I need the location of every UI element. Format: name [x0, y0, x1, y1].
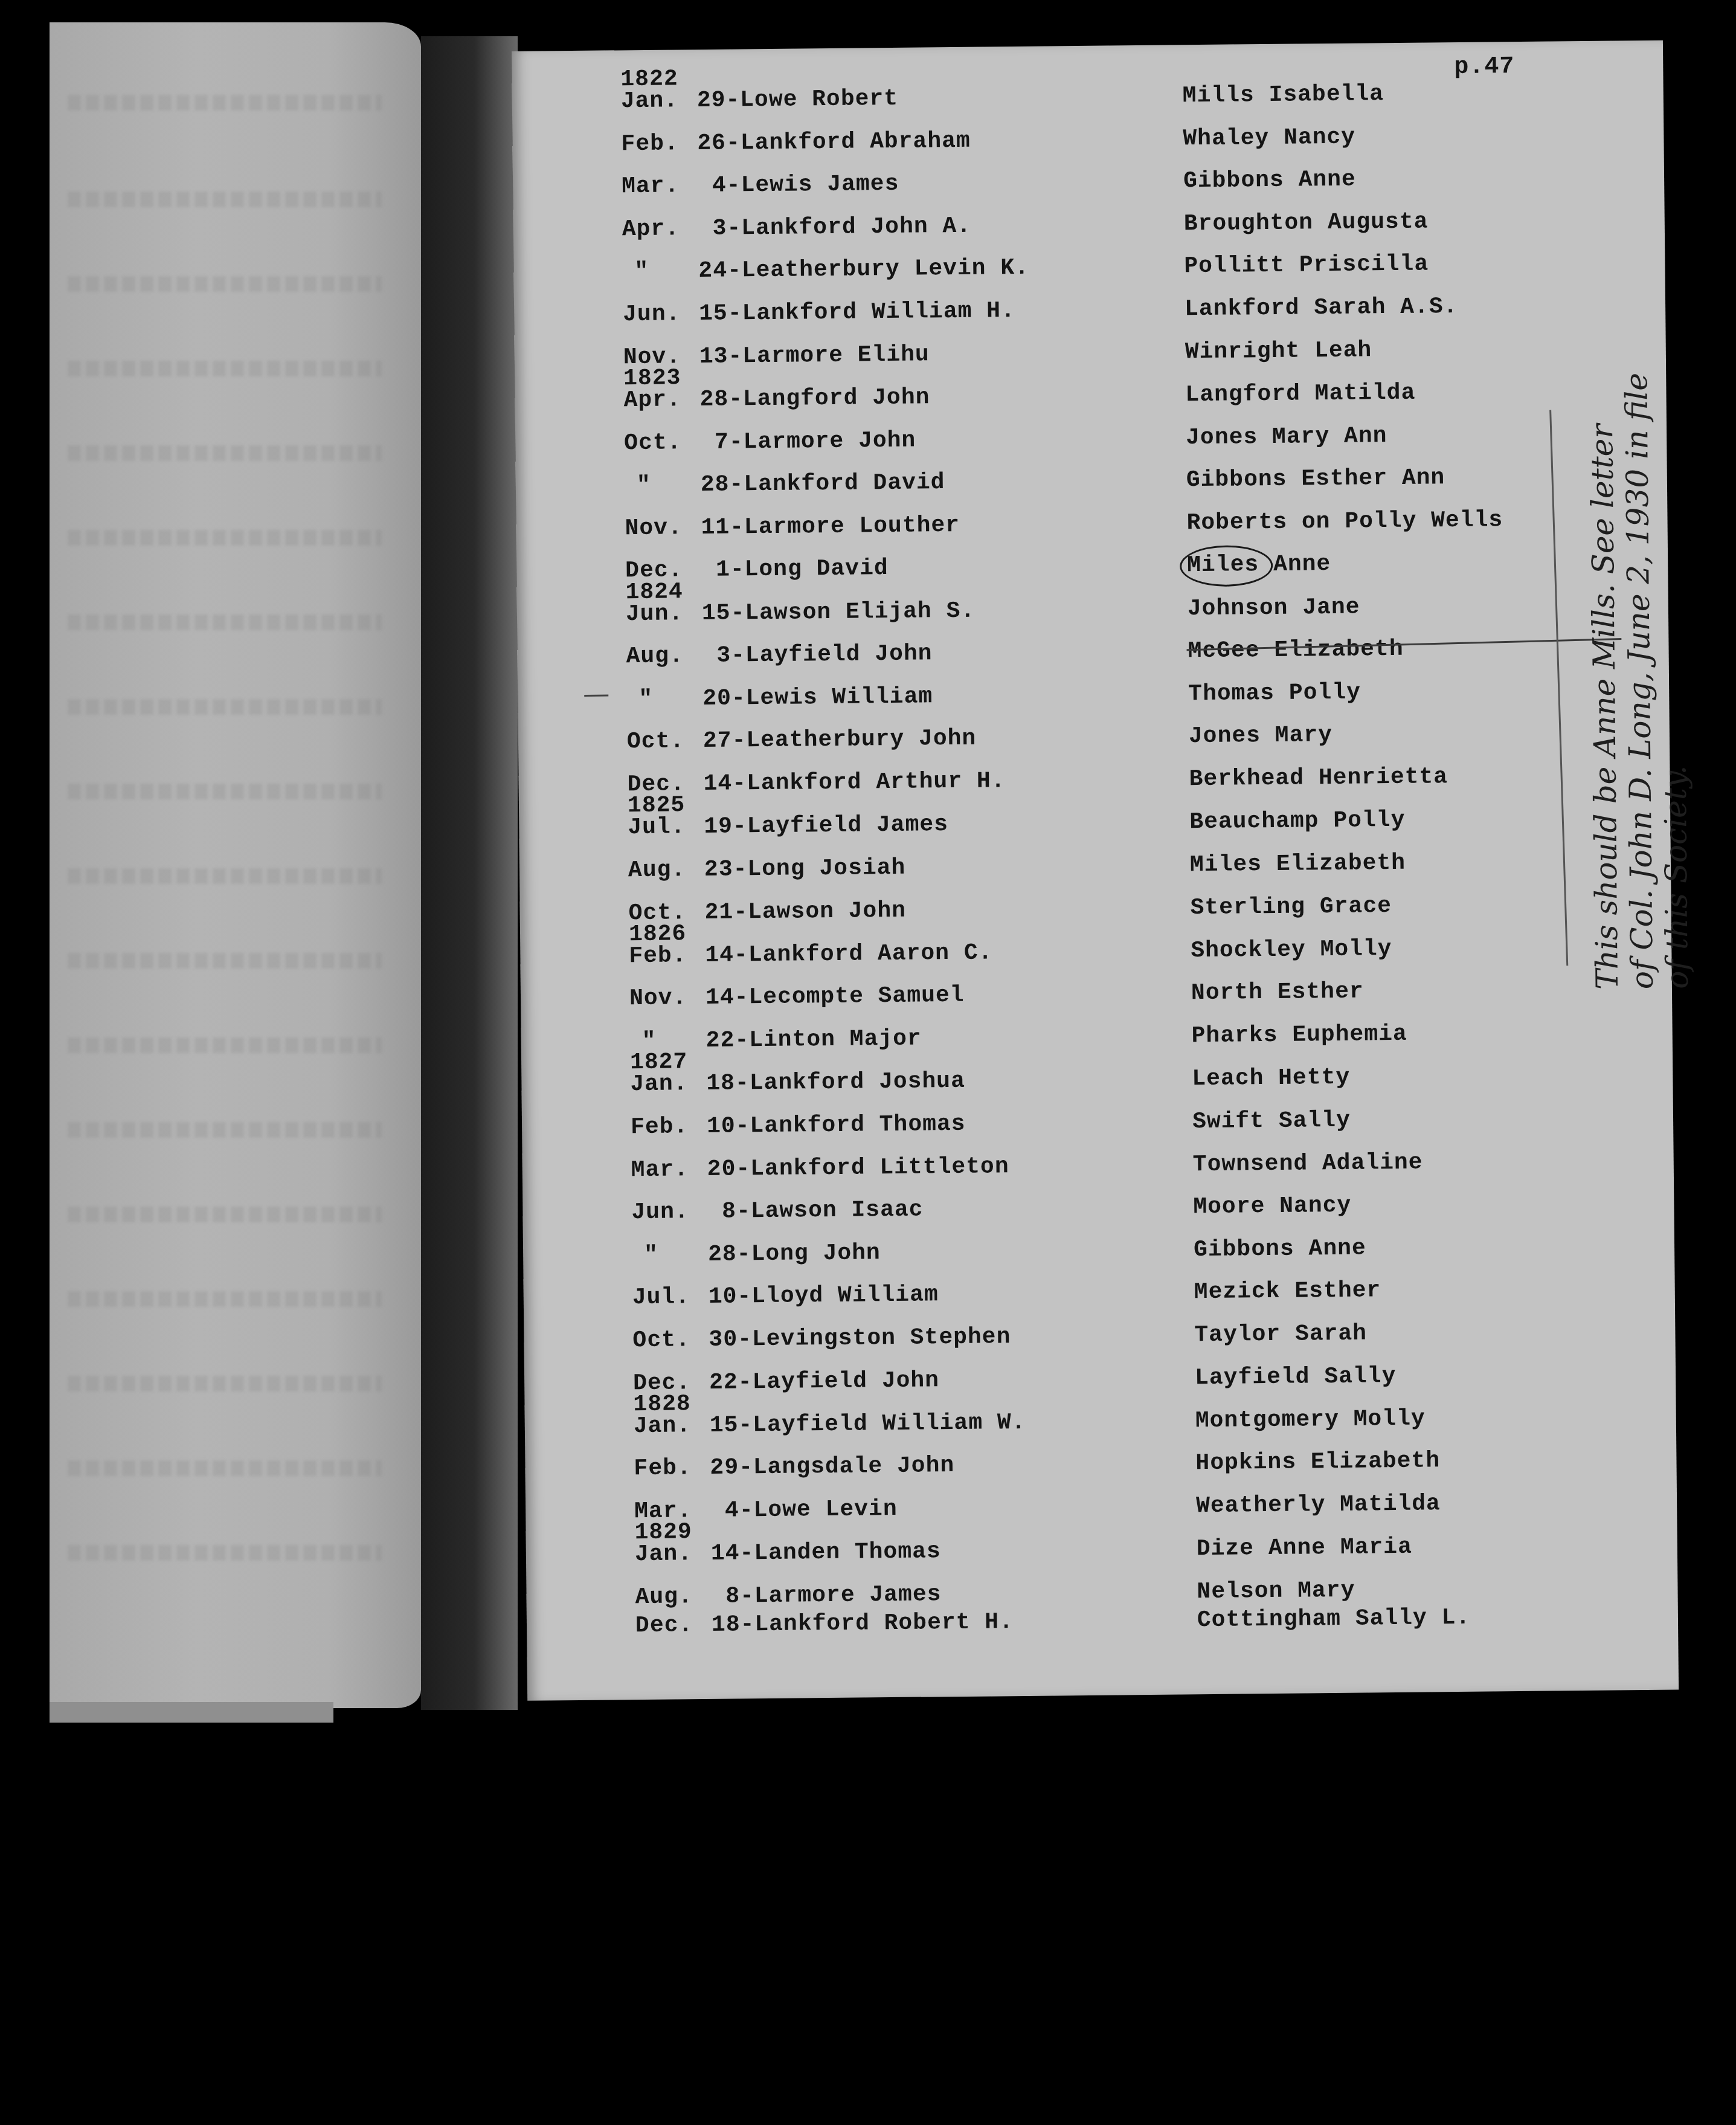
entry-day-and-groom: 18-Lankford Joshua: [706, 1070, 965, 1095]
register-entry: Mar. 4-Lowe LevinWeatherly Matilda: [526, 1491, 1677, 1528]
margin-tick: [584, 695, 608, 697]
entry-day-and-groom: 22-Layfield John: [709, 1369, 939, 1395]
entry-day-and-groom: 24-Leatherbury Levin K.: [698, 257, 1029, 283]
bleed-through-text: [68, 1122, 382, 1138]
bleed-through-text: [68, 1291, 382, 1307]
register-entry: Nov.13-Larmore ElihuWinright Leah: [515, 336, 1666, 373]
entry-month: Feb.: [629, 944, 687, 968]
entry-month: Feb.: [634, 1457, 692, 1481]
bleed-through-text: [68, 1545, 382, 1561]
entry-day-and-groom: 11-Larmore Louther: [701, 514, 960, 540]
entry-bride: Pharks Euphemia: [1192, 1023, 1407, 1048]
entry-bride: Gibbons Anne: [1183, 169, 1356, 193]
handwritten-note-line: of Col. John D. Long, June 2, 1930 in fi…: [1619, 373, 1660, 990]
entry-bride: Broughton Augusta: [1184, 210, 1429, 236]
bleed-through-text: [68, 614, 382, 630]
entry-day-and-groom: 8-Larmore James: [711, 1583, 941, 1608]
entry-month: Jan.: [635, 1543, 693, 1567]
entry-bride: Dize Anne Maria: [1197, 1536, 1412, 1561]
entry-month: Dec.: [635, 1614, 693, 1637]
entry-bride: Mezick Esther: [1194, 1280, 1381, 1304]
entry-month: Aug.: [626, 645, 684, 669]
entry-bride: Mills Isabella: [1183, 83, 1384, 108]
entry-day-and-groom: 27-Leatherbury John: [703, 727, 977, 753]
entry-month: Jul.: [632, 1286, 690, 1310]
entry-bride: Hopkins Elizabeth: [1195, 1450, 1440, 1475]
page-fold: [50, 1702, 333, 1723]
entry-month: Feb.: [621, 132, 679, 156]
register-entry: Jan.29-Lowe RobertMills Isabella: [512, 80, 1664, 118]
entry-day-and-groom: 14-Lecompte Samuel: [706, 984, 965, 1010]
entry-month: Jun.: [626, 602, 684, 626]
register-entry: "24-Leatherbury Levin K.Pollitt Priscill…: [513, 251, 1665, 288]
register-entry: Nov.14-Lecompte SamuelNorth Esther: [521, 978, 1672, 1015]
ditto-mark: ": [634, 260, 649, 283]
entry-day-and-groom: 7-Larmore John: [700, 429, 916, 454]
circled-name-mark: [1180, 545, 1273, 587]
register-entry: Dec.14-Lankford Arthur H.Berkhead Henrie…: [518, 764, 1670, 801]
facing-page-left: [50, 22, 421, 1708]
entry-day-and-groom: 22-Linton Major: [706, 1028, 922, 1053]
entry-day-and-groom: 4-Lowe Levin: [710, 1498, 898, 1523]
register-entry: Feb.10-Lankford ThomasSwift Sally: [522, 1106, 1673, 1144]
entry-bride: Swift Sally: [1192, 1109, 1351, 1134]
entry-month: Feb.: [631, 1115, 689, 1139]
entry-bride: Weatherly Matilda: [1196, 1492, 1441, 1518]
entry-day-and-groom: 26-Lankford Abraham: [697, 129, 971, 155]
entry-day-and-groom: 30-Levingston Stephen: [709, 1326, 1011, 1352]
bleed-through-text: [68, 1037, 382, 1053]
bleed-through-text: [68, 95, 382, 111]
entry-bride: Johnson Jane: [1188, 596, 1360, 621]
page-number: p.47: [1454, 55, 1514, 80]
entry-bride: Gibbons Anne: [1194, 1237, 1366, 1262]
entry-bride: Sterling Grace: [1190, 895, 1392, 920]
entry-bride: Whaley Nancy: [1183, 126, 1355, 150]
register-entry: Feb.14-Lankford Aaron C.Shockley Molly: [520, 935, 1671, 972]
bleed-through-text: [68, 1376, 382, 1391]
entry-month: Mar.: [622, 175, 680, 199]
entry-bride: Winright Leah: [1185, 339, 1372, 364]
register-entry: Feb.29-Langsdale JohnHopkins Elizabeth: [525, 1448, 1676, 1485]
entry-day-and-groom: 10-Lankford Thomas: [707, 1113, 966, 1138]
entry-bride: Gibbons Esther Ann: [1186, 466, 1445, 492]
entry-month: Apr.: [623, 389, 681, 412]
entry-bride: Layfield Sally: [1195, 1365, 1397, 1390]
entry-bride: Pollitt Priscilla: [1184, 253, 1429, 279]
entry-day-and-groom: 1-Long David: [701, 557, 889, 582]
entry-month: Oct.: [627, 730, 685, 754]
entry-month: Jun.: [631, 1201, 689, 1224]
register-entry: Jul.10-Lloyd WilliamMezick Esther: [524, 1277, 1675, 1314]
register-entry: Jan.18-Lankford JoshuaLeach Hetty: [521, 1063, 1673, 1101]
register-entry: Oct.27-Leatherbury JohnJones Mary: [518, 721, 1670, 758]
entry-bride: Cottingham Sally L.: [1197, 1606, 1471, 1631]
register-entry: "20-Lewis WilliamThomas Polly: [518, 678, 1669, 715]
register-entry: Dec.22-Layfield JohnLayfield Sally: [524, 1362, 1676, 1399]
bleed-through-text: [68, 445, 382, 461]
entry-month: Mar.: [631, 1158, 689, 1182]
register-page: p.47 1822Jan.29-Lowe RobertMills Isabell…: [512, 40, 1679, 1701]
entry-month: Jun.: [623, 303, 681, 326]
entry-month: Nov.: [625, 517, 683, 540]
entry-day-and-groom: 14-Lankford Aaron C.: [705, 941, 992, 967]
register-entry: Aug.23-Long JosiahMiles Elizabeth: [519, 850, 1671, 887]
entry-day-and-groom: 14-Lankford Arthur H.: [703, 770, 1005, 796]
entry-month: Jul.: [628, 816, 686, 840]
bleed-through-text: [68, 1460, 382, 1476]
entry-day-and-groom: 18-Lankford Robert H.: [712, 1611, 1014, 1637]
entry-month: Apr.: [622, 218, 680, 241]
entry-bride: Thomas Polly: [1188, 681, 1361, 706]
entry-day-and-groom: 23-Long Josiah: [704, 857, 906, 882]
register-entry: Oct.30-Levingston StephenTaylor Sarah: [524, 1319, 1675, 1356]
entry-day-and-groom: 29-Langsdale John: [710, 1454, 954, 1480]
bleed-through-text: [68, 953, 382, 969]
entry-bride: Miles Elizabeth: [1190, 852, 1406, 877]
entry-month: Jan.: [634, 1414, 692, 1438]
entry-day-and-groom: 20-Lankford Littleton: [707, 1155, 1009, 1181]
entry-day-and-groom: 15-Lawson Elijah S.: [702, 599, 976, 625]
handwritten-note-line: This should be Anne Mills. See letter: [1584, 373, 1625, 990]
entry-bride: Nelson Mary: [1197, 1579, 1355, 1604]
entry-bride: Jones Mary: [1189, 724, 1333, 748]
register-entry: Dec. 1-Long DavidMiles Anne: [516, 550, 1668, 587]
entry-bride: Moore Nancy: [1193, 1195, 1351, 1219]
register-entry: "28-Long JohnGibbons Anne: [523, 1234, 1674, 1271]
bleed-through-text: [68, 192, 382, 207]
entry-day-and-groom: 3-Layfield John: [702, 643, 932, 668]
register-entry: "22-Linton MajorPharks Euphemia: [521, 1021, 1673, 1058]
entry-month: Aug.: [635, 1585, 693, 1609]
register-entry: Feb.26-Lankford AbrahamWhaley Nancy: [512, 123, 1664, 160]
entry-bride: Townsend Adaline: [1193, 1151, 1423, 1176]
entry-bride: Langford Matilda: [1185, 382, 1415, 407]
entry-day-and-groom: 28-Lankford David: [701, 471, 945, 497]
entry-bride: Lankford Sarah A.S.: [1185, 295, 1458, 321]
bleed-through-text: [68, 784, 382, 799]
entry-day-and-groom: 4-Lewis James: [698, 173, 899, 198]
ditto-mark: ": [638, 688, 653, 711]
ditto-mark: ": [637, 474, 651, 497]
bleed-through-text: [68, 1207, 382, 1222]
register-entry: Apr.28-Langford JohnLangford Matilda: [515, 379, 1666, 417]
register-entry: Jul.19-Layfield JamesBeauchamp Polly: [519, 807, 1670, 844]
entry-list: 1822Jan.29-Lowe RobertMills IsabellaFeb.…: [512, 40, 1663, 51]
entry-month: Oct.: [632, 1329, 690, 1352]
register-entry: Mar.20-Lankford LittletonTownsend Adalin…: [522, 1149, 1674, 1186]
entry-month: Jan.: [621, 89, 679, 113]
ditto-mark: ": [644, 1243, 658, 1266]
register-entry: Jan.15-Layfield William W.Montgomery Mol…: [525, 1405, 1676, 1442]
entry-month: Aug.: [628, 859, 686, 882]
register-entry: Apr. 3-Lankford John A.Broughton Augusta: [513, 208, 1665, 245]
entry-bride: McGee Elizabeth: [1188, 638, 1403, 663]
register-entry: "28-Lankford DavidGibbons Esther Ann: [516, 465, 1667, 502]
entry-month: Nov.: [629, 987, 687, 1011]
bleed-through-text: [68, 276, 382, 292]
entry-bride: Taylor Sarah: [1194, 1322, 1367, 1347]
entry-day-and-groom: 15-Layfield William W.: [710, 1411, 1026, 1437]
bleed-through-text: [68, 530, 382, 546]
register-entry: Jun.15-Lawson Elijah S.Johnson Jane: [517, 593, 1668, 630]
entry-bride: Berkhead Henrietta: [1189, 766, 1448, 791]
entry-bride: Roberts on Polly Wells: [1186, 509, 1503, 535]
entry-day-and-groom: 20-Lewis William: [702, 685, 933, 711]
handwritten-note: This should be Anne Mills. See letter of…: [1584, 372, 1695, 990]
entry-bride: North Esther: [1191, 981, 1364, 1005]
entry-day-and-groom: 19-Layfield James: [704, 813, 948, 839]
entry-bride: Shockley Molly: [1191, 938, 1392, 963]
entry-day-and-groom: 8-Lawson Isaac: [707, 1199, 923, 1224]
entry-day-and-groom: 13-Larmore Elihu: [699, 343, 930, 369]
bleed-through-text: [68, 699, 382, 715]
entry-day-and-groom: 28-Long John: [708, 1242, 881, 1266]
entry-day-and-groom: 29-Lowe Robert: [697, 88, 899, 112]
entry-bride: Leach Hetty: [1192, 1066, 1350, 1091]
book-gutter: [421, 36, 518, 1710]
register-entry: Jun.15-Lankford William H.Lankford Sarah…: [514, 294, 1665, 331]
register-entry: Mar. 4-Lewis JamesGibbons Anne: [513, 166, 1664, 203]
register-entry: Jun. 8-Lawson IsaacMoore Nancy: [522, 1191, 1674, 1229]
entry-day-and-groom: 14-Landen Thomas: [711, 1541, 941, 1566]
entry-day-and-groom: 3-Lankford John A.: [698, 215, 972, 240]
entry-bride: Jones Mary Ann: [1186, 425, 1387, 450]
entry-day-and-groom: 21-Lawson John: [705, 899, 907, 924]
register-entry: Jan.14-Landen ThomasDize Anne Maria: [526, 1533, 1677, 1571]
handwritten-note-line: of this Society.: [1654, 372, 1695, 989]
entry-bride: Montgomery Molly: [1195, 1407, 1426, 1433]
entry-month: Oct.: [624, 431, 682, 455]
entry-day-and-groom: 28-Langford John: [699, 386, 930, 411]
entry-bride: Beauchamp Polly: [1189, 809, 1405, 834]
register-entry: Oct.21-Lawson JohnSterling Grace: [520, 892, 1671, 929]
register-entry: Oct. 7-Larmore JohnJones Mary Ann: [515, 422, 1667, 459]
register-entry: Nov.11-Larmore LoutherRoberts on Polly W…: [516, 507, 1667, 544]
bleed-through-text: [68, 868, 382, 884]
entry-day-and-groom: 15-Lankford William H.: [699, 300, 1015, 326]
entry-day-and-groom: 10-Lloyd William: [709, 1284, 939, 1309]
bleed-through-text: [68, 361, 382, 376]
entry-month: Jan.: [630, 1073, 688, 1097]
